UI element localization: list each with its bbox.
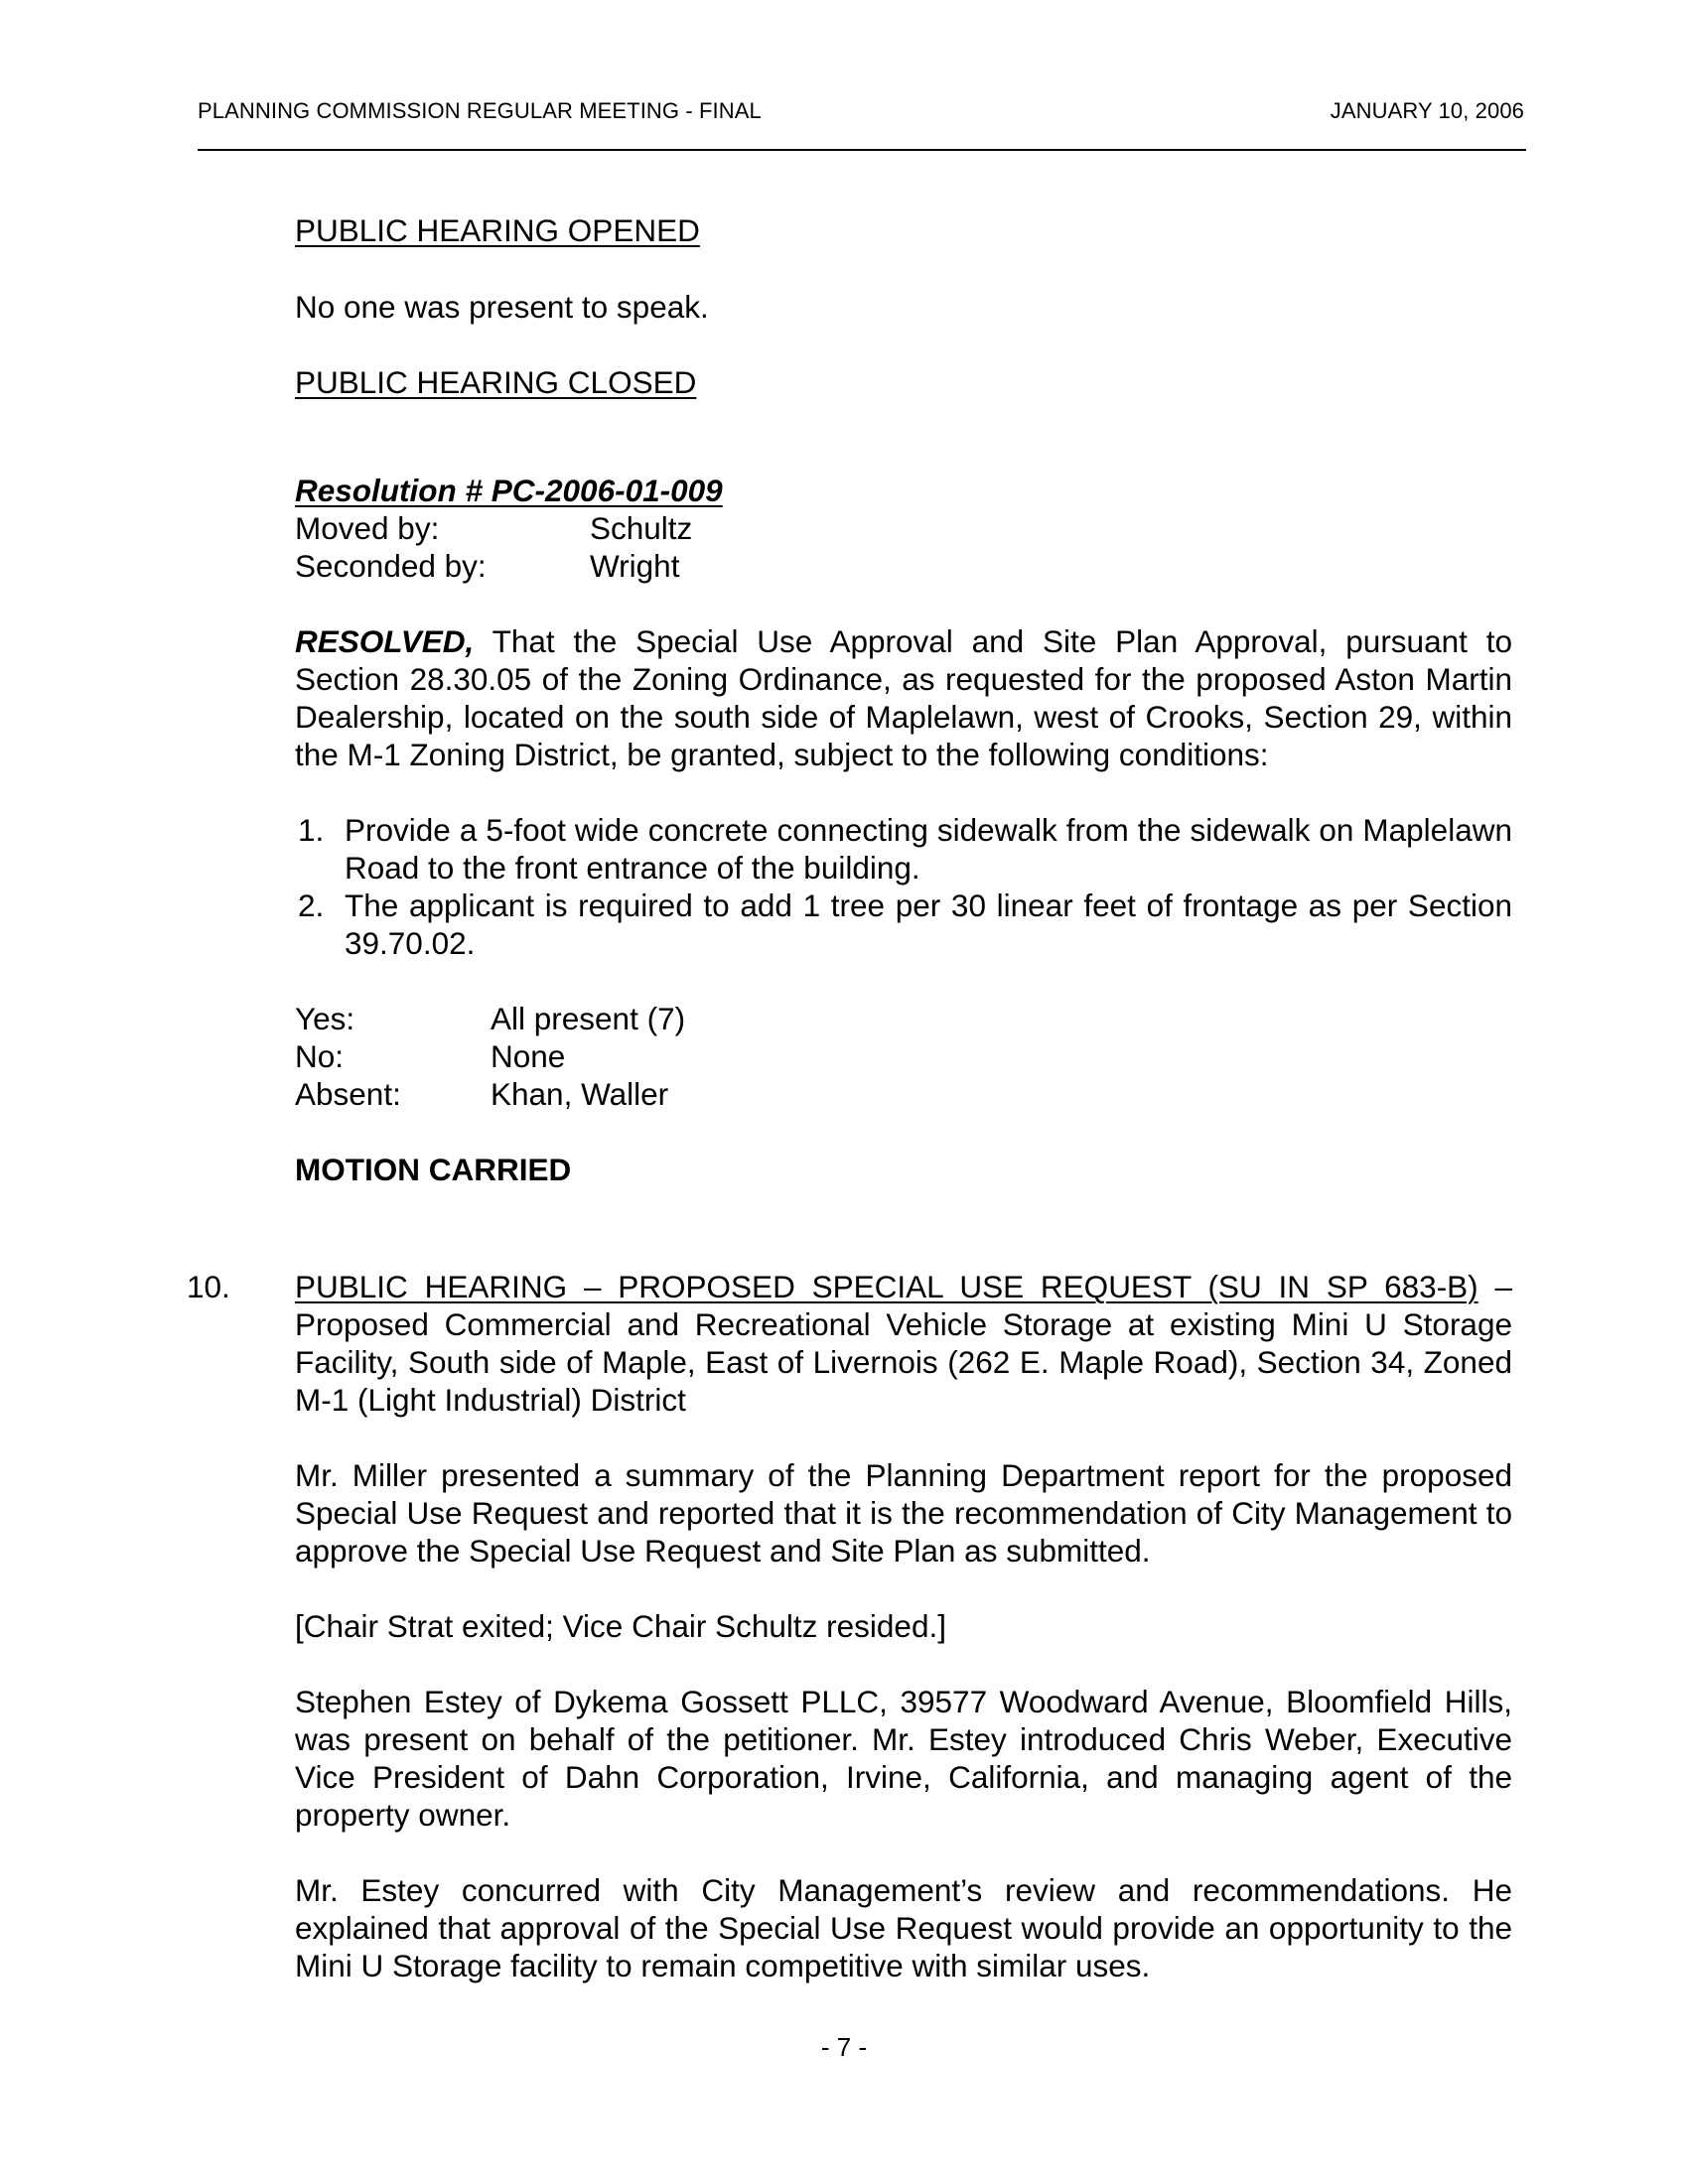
resolved-lead: RESOLVED,	[295, 623, 474, 659]
seconded-by-label: Seconded by:	[295, 547, 487, 585]
hearing-closed-label: PUBLIC HEARING CLOSED	[295, 364, 696, 400]
resolved-text: That the Special Use Approval and Site P…	[295, 623, 1512, 772]
paragraph-chair-note: [Chair Strat exited; Vice Chair Schultz …	[295, 1607, 1512, 1645]
paragraph-staff-summary: Mr. Miller presented a summary of the Pl…	[295, 1456, 1512, 1570]
agenda-item-number: 10.	[187, 1268, 230, 1305]
vote-row-no: No: None	[295, 1037, 1512, 1075]
agenda-item-title: PUBLIC HEARING – PROPOSED SPECIAL USE RE…	[295, 1269, 1478, 1304]
agenda-item-heading: PUBLIC HEARING – PROPOSED SPECIAL USE RE…	[295, 1268, 1512, 1419]
vote-value: Khan, Waller	[491, 1075, 668, 1113]
public-hearing-closed: PUBLIC HEARING CLOSED	[295, 363, 1512, 401]
condition-number: 1.	[298, 811, 324, 849]
paragraph-concurrence: Mr. Estey concurred with City Management…	[295, 1871, 1512, 1984]
condition-text: The applicant is required to add 1 tree …	[345, 887, 1512, 961]
vote-label: No:	[295, 1037, 344, 1075]
conditions-block: 1. Provide a 5-foot wide concrete connec…	[295, 811, 1512, 962]
vote-value: All present (7)	[491, 1000, 685, 1037]
resolution-number: Resolution # PC-2006-01-009	[295, 472, 1512, 509]
condition-number: 2.	[298, 887, 324, 924]
hearing-opened-label: PUBLIC HEARING OPENED	[295, 212, 700, 248]
vote-label: Yes:	[295, 1000, 354, 1037]
resolution-number-text: Resolution # PC-2006-01-009	[295, 473, 723, 508]
vote-tally: Yes: All present (7) No: None Absent: Kh…	[295, 1000, 1512, 1113]
page-number: - 7 -	[0, 2030, 1688, 2064]
meeting-date: JANUARY 10, 2006	[1331, 96, 1524, 126]
document-title: PLANNING COMMISSION REGULAR MEETING - FI…	[198, 96, 762, 126]
hearing-statement: No one was present to speak.	[295, 288, 1512, 326]
header-divider	[198, 149, 1526, 151]
resolved-paragraph: RESOLVED, That the Special Use Approval …	[295, 622, 1512, 773]
conditions-list: 1. Provide a 5-foot wide concrete connec…	[295, 811, 1512, 962]
seconded-by-row: Seconded by: Wright	[295, 547, 1512, 585]
paragraph-petitioner: Stephen Estey of Dykema Gossett PLLC, 39…	[295, 1683, 1512, 1834]
moved-by-label: Moved by:	[295, 509, 439, 547]
condition-item: 1. Provide a 5-foot wide concrete connec…	[295, 811, 1512, 887]
motion-outcome: MOTION CARRIED	[295, 1151, 1512, 1188]
seconded-by-value: Wright	[590, 547, 679, 585]
page-header: PLANNING COMMISSION REGULAR MEETING - FI…	[198, 96, 1526, 126]
resolution-block: Resolution # PC-2006-01-009 Moved by: Sc…	[295, 472, 1512, 585]
condition-item: 2. The applicant is required to add 1 tr…	[295, 887, 1512, 962]
vote-row-yes: Yes: All present (7)	[295, 1000, 1512, 1037]
vote-label: Absent:	[295, 1075, 401, 1113]
public-hearing-opened: PUBLIC HEARING OPENED	[295, 211, 1512, 249]
vote-value: None	[491, 1037, 565, 1075]
moved-by-row: Moved by: Schultz	[295, 509, 1512, 547]
condition-text: Provide a 5-foot wide concrete connectin…	[345, 812, 1512, 886]
moved-by-value: Schultz	[590, 509, 692, 547]
vote-row-absent: Absent: Khan, Waller	[295, 1075, 1512, 1113]
